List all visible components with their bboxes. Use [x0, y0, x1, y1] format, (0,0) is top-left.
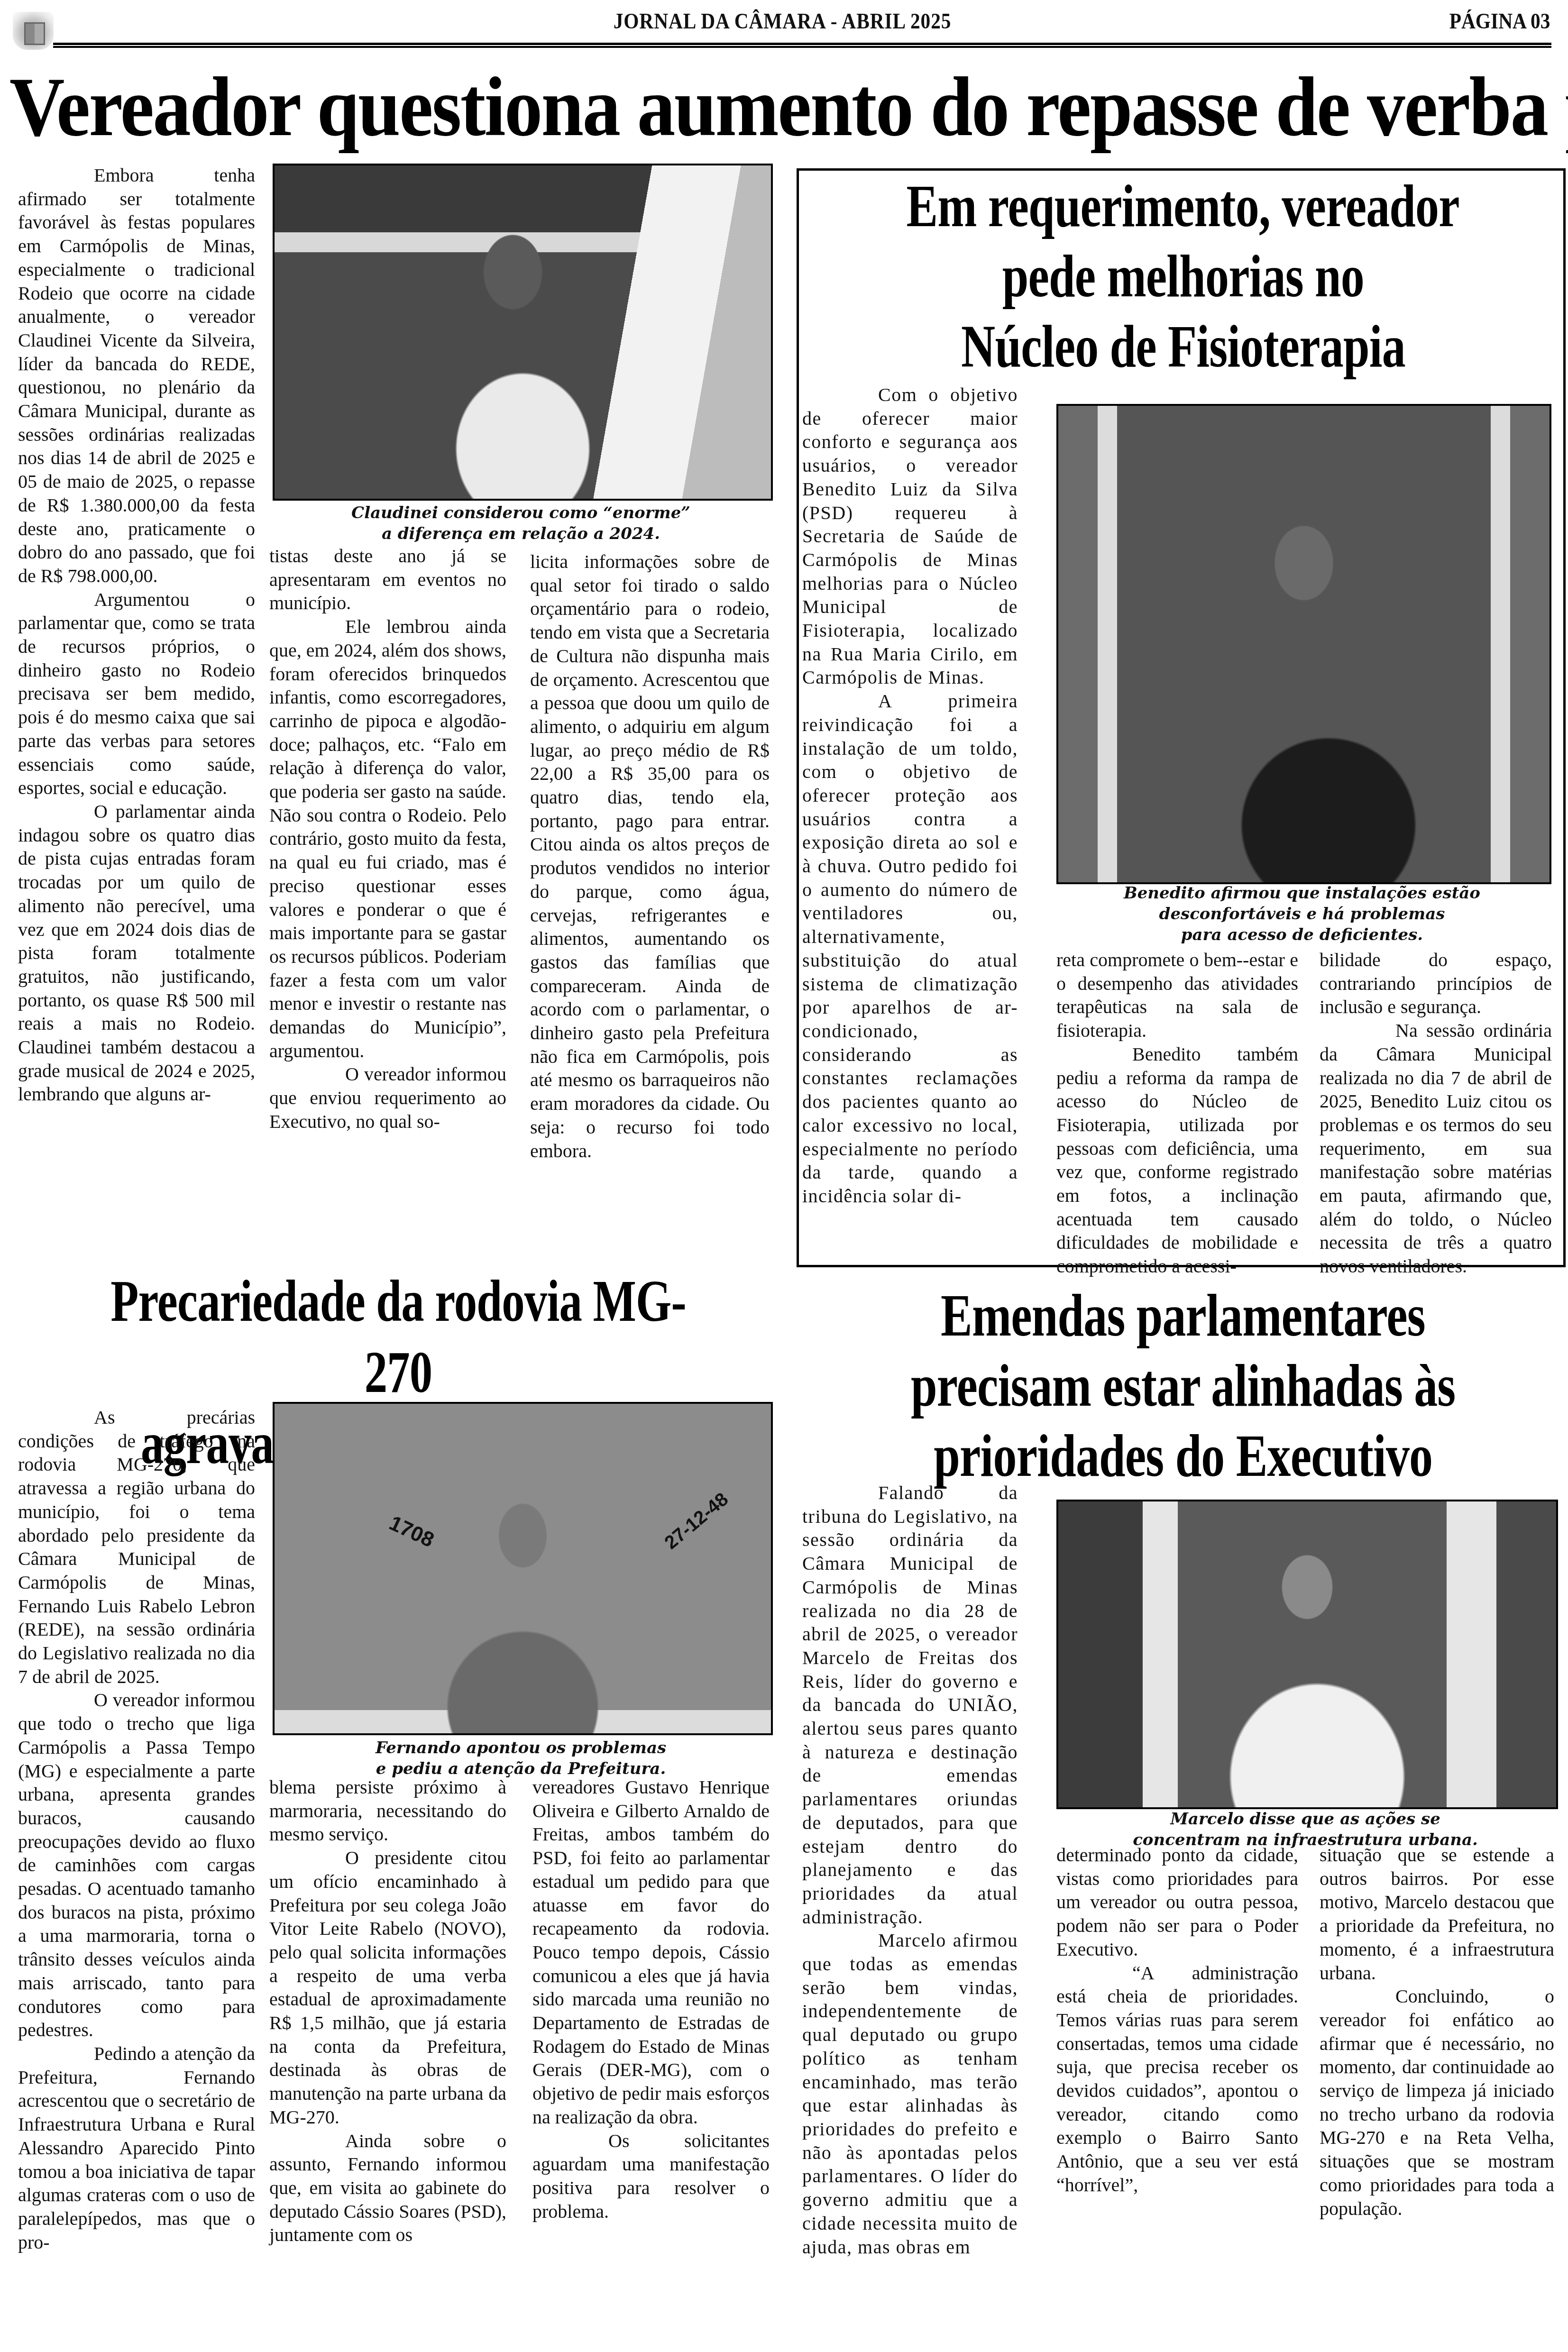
fisioterapia-column-1: Com o objetivo de oferecer maior confort… [802, 383, 1018, 1208]
caption-benedito: Benedito afirmou que instalações estão d… [1056, 883, 1548, 945]
emendas-column-1: Falando da tribuna do Legislativo, na se… [802, 1481, 1018, 2259]
rodovia-column-3: vereadores Gustavo Henrique Oliveira e G… [532, 1775, 770, 2223]
paragraph: Os solicitantes aguardam uma manifestaçã… [532, 2129, 770, 2224]
paragraph: Ainda sobre o assunto, Fernando informou… [269, 2129, 506, 2247]
paragraph: blema persiste próximo à marmoraria, nec… [269, 1775, 506, 1846]
paragraph: O parlamentar ainda indagou sobre os qua… [18, 800, 255, 1106]
paragraph: Marcelo afirmou que todas as emendas ser… [802, 1929, 1018, 2259]
paragraph: determinado ponto da cidade, vistas como… [1056, 1843, 1298, 1961]
caption-fernando: Fernando apontou os problemas e pediu a … [273, 1738, 769, 1779]
paragraph: As precárias condições de tráfego na rod… [18, 1406, 255, 1688]
paragraph: licita informações sobre de qual setor f… [530, 550, 770, 1162]
page-number: PÁGINA 03 [1449, 9, 1550, 34]
paragraph: reta compromete o bem--estar e o desempe… [1056, 948, 1298, 1043]
paragraph: Com o objetivo de oferecer maior confort… [802, 383, 1018, 689]
headline-fisioterapia: Em requerimento, vereador pede melhorias… [806, 171, 1560, 381]
photo-benedito [1056, 404, 1551, 884]
rodovia-column-1: As precárias condições de tráfego na rod… [18, 1406, 255, 2254]
masthead-divider [53, 43, 1551, 46]
paragraph: tistas deste ano já se apresentaram em e… [269, 544, 506, 615]
paragraph: Argumentou o parlamentar que, como se tr… [18, 588, 255, 800]
paragraph: Embora tenha afirmado ser totalmente fav… [18, 164, 255, 588]
paragraph: Ele lembrou ainda que, em 2024, além dos… [269, 615, 506, 1062]
paragraph: Concluindo, o vereador foi enfático ao a… [1320, 1985, 1554, 2220]
photo-fernando: 1708 27-12-48 [273, 1402, 773, 1735]
caption-claudinei: Claudinei considerou como “enorme” a dif… [273, 503, 769, 544]
rodovia-column-2: blema persiste próximo à marmoraria, nec… [269, 1775, 506, 2247]
paragraph: Benedito também pediu a reforma da rampa… [1056, 1043, 1298, 1278]
paragraph: Na sessão ordinária da Câmara Municipal … [1320, 1019, 1552, 1278]
photo-marcelo [1056, 1500, 1558, 1809]
fisioterapia-column-3: bilidade do espaço, contrariando princíp… [1320, 948, 1552, 1278]
paragraph: O vereador informou que enviou requerime… [269, 1062, 506, 1133]
paragraph: bilidade do espaço, contrariando princíp… [1320, 948, 1552, 1019]
headline-rodeio: Vereador questiona aumento do repasse de… [9, 64, 1554, 149]
rodeio-column-3: licita informações sobre de qual setor f… [530, 550, 770, 1162]
paragraph: O vereador informou que todo o trecho qu… [18, 1688, 255, 2042]
newspaper-title: JORNAL DA CÂMARA - ABRIL 2025 [462, 9, 1102, 34]
paragraph: Pedindo a atenção da Prefeitura, Fernand… [18, 2042, 255, 2254]
paragraph: situação que se estende a outros bairros… [1320, 1843, 1554, 1985]
headline-emendas: Emendas parlamentares precisam estar ali… [806, 1280, 1560, 1491]
paragraph: “A administração está cheia de prioridad… [1056, 1961, 1298, 2197]
rodeio-column-2: tistas deste ano já se apresentaram em e… [269, 544, 506, 1134]
emendas-column-2: determinado ponto da cidade, vistas como… [1056, 1843, 1298, 2197]
photo-claudinei [273, 164, 773, 501]
fisioterapia-column-2: reta compromete o bem--estar e o desempe… [1056, 948, 1298, 1278]
rodeio-column-1: Embora tenha afirmado ser totalmente fav… [18, 164, 255, 1106]
paragraph: vereadores Gustavo Henrique Oliveira e G… [532, 1775, 770, 2129]
emendas-column-3: situação que se estende a outros bairros… [1320, 1843, 1554, 2220]
coat-of-arms-icon [13, 12, 54, 50]
paragraph: Falando da tribuna do Legislativo, na se… [802, 1481, 1018, 1929]
paragraph: O presidente citou um ofício encaminhado… [269, 1846, 506, 2129]
paragraph: A primeira reivindicação foi a instalaçã… [802, 689, 1018, 1208]
